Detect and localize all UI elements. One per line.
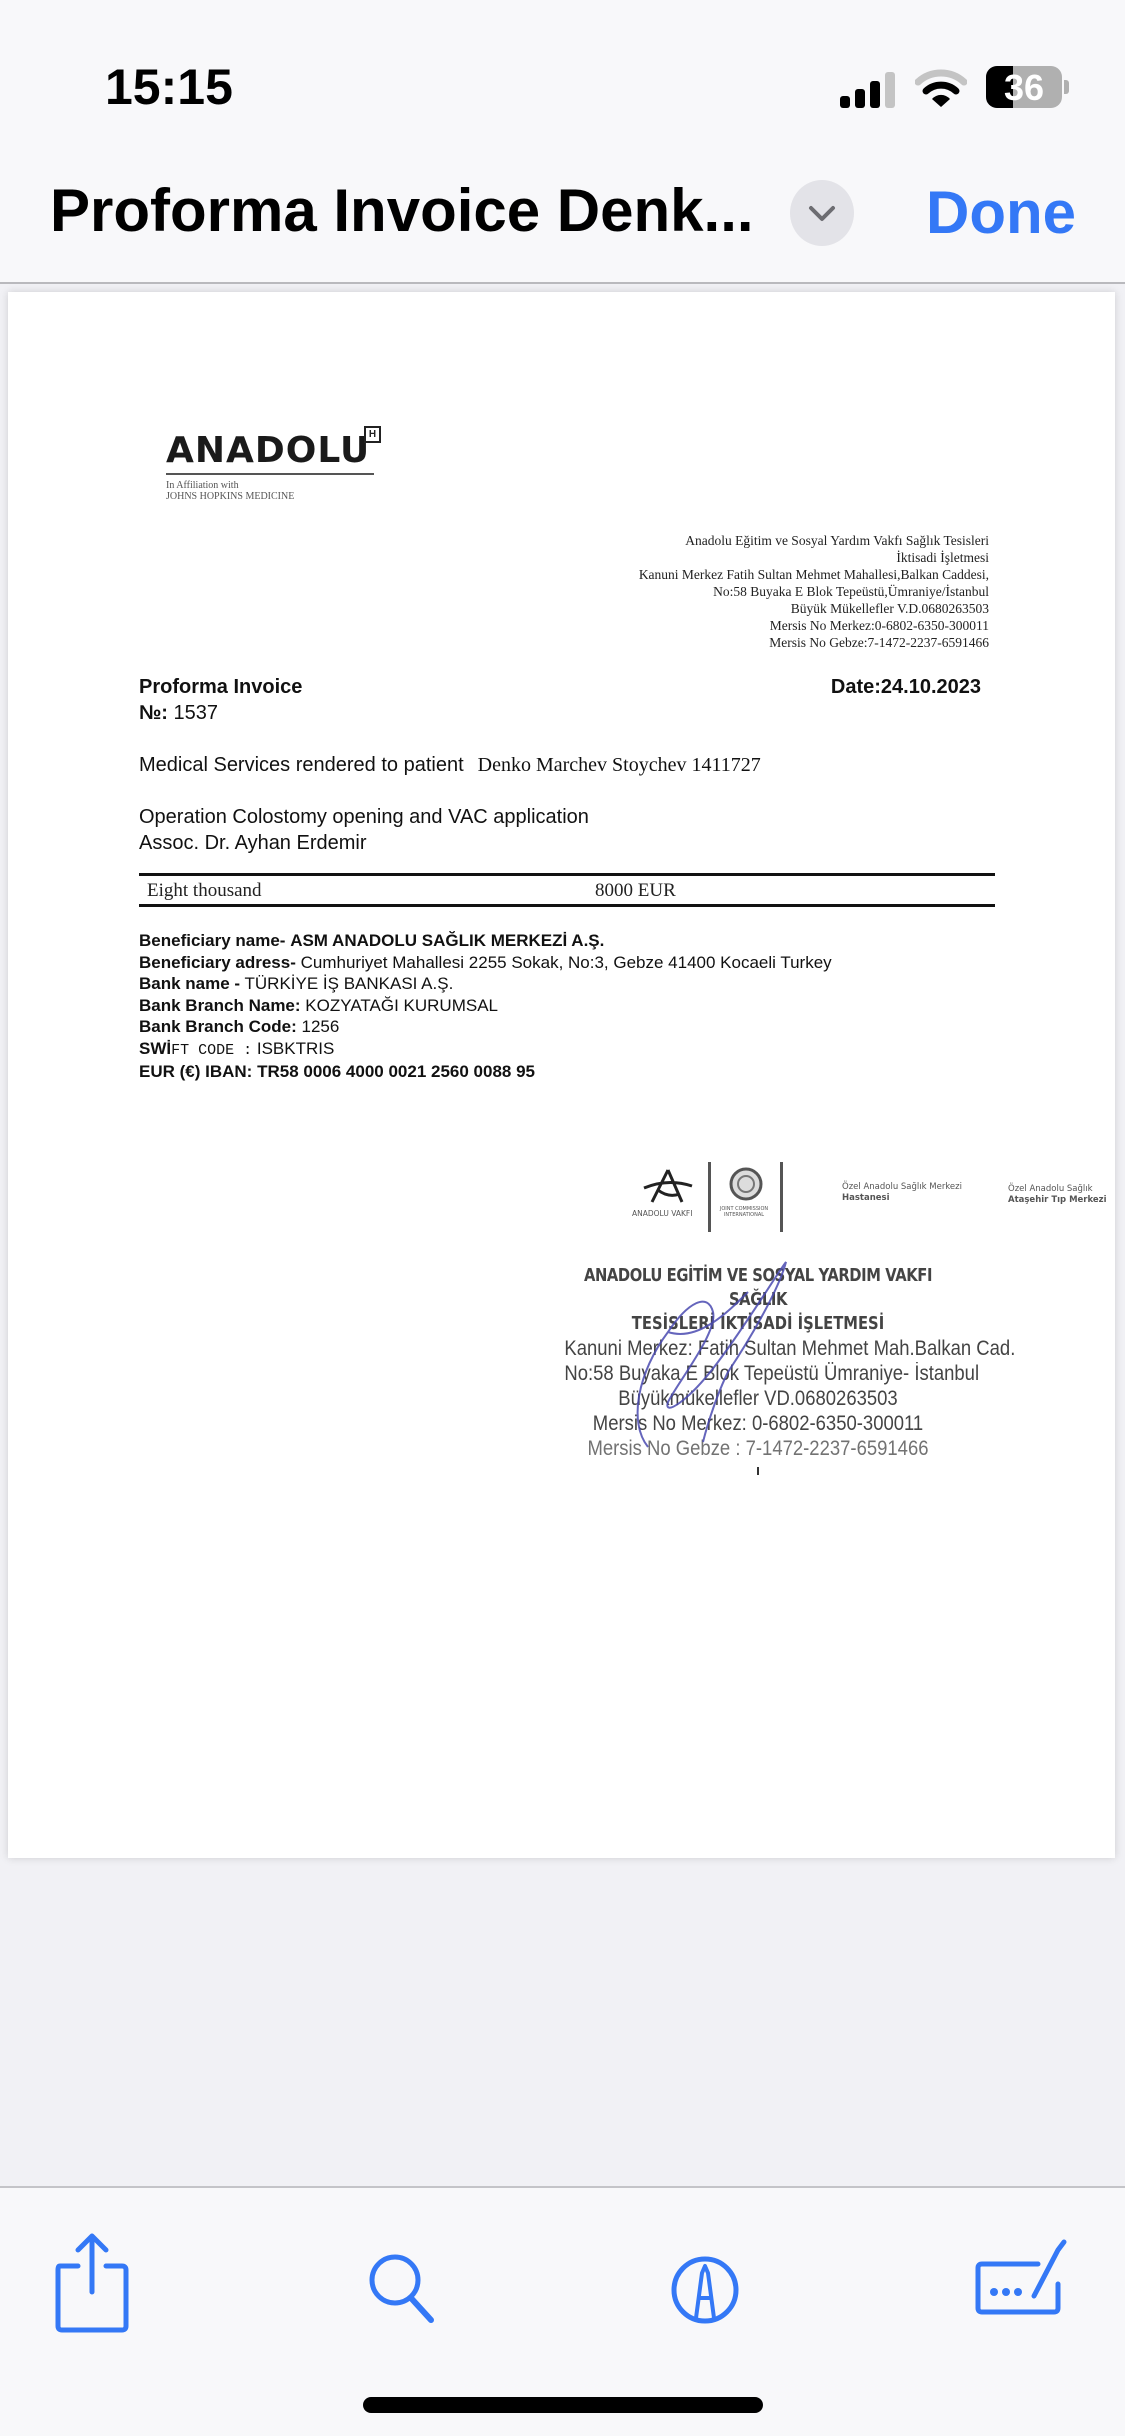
logo-affiliation-2: JOHNS HOPKINS MEDICINE: [166, 491, 374, 502]
vakif-label: ANADOLU VAKFI: [632, 1208, 692, 1219]
field-label: Bank Branch Name:: [139, 996, 301, 1015]
branch-code-row: Bank Branch Code: 1256: [139, 1016, 832, 1038]
document-viewer[interactable]: ANADOLU H In Affiliation with JOHNS HOPK…: [0, 284, 1125, 2184]
wifi-icon: [915, 68, 967, 108]
markup-pen-icon: [660, 2228, 750, 2338]
beneficiary-address-row: Beneficiary adress- Cumhuriyet Mahallesi…: [139, 952, 832, 974]
nav-bar: Proforma Invoice Denk... Done: [0, 150, 1125, 284]
divider: [708, 1162, 711, 1232]
patient-label: Medical Services rendered to patient: [139, 754, 464, 776]
invoice-number-value: 1537: [174, 702, 219, 724]
iban-row: EUR (€) IBAN: TR58 0006 4000 0021 2560 0…: [139, 1061, 832, 1083]
field-label: FT CODE :: [171, 1042, 252, 1059]
stamp-logo-strip: ANADOLU VAKFI JOINT COMMISSION INTERNATI…: [600, 1158, 1115, 1238]
pdf-page: ANADOLU H In Affiliation with JOHNS HOPK…: [8, 292, 1115, 1858]
field-label: Bank name -: [139, 974, 240, 993]
share-button[interactable]: [48, 2228, 138, 2338]
amount-words: Eight thousand: [147, 880, 262, 902]
hospital1-line2: Hastanesi: [842, 1193, 890, 1204]
invoice-title: Proforma Invoice: [139, 676, 302, 699]
fill-and-sign-icon: [970, 2228, 1080, 2338]
field-label: Beneficiary adress-: [139, 953, 296, 972]
address-line: Anadolu Eğitim ve Sosyal Yardım Vakfı Sa…: [639, 532, 989, 549]
doctor-name: Assoc. Dr. Ayhan Erdemir: [139, 832, 367, 855]
field-label: Bank Branch Code:: [139, 1017, 297, 1036]
logo-h-badge: H: [364, 426, 381, 443]
iban: TR58 0006 4000 0021 2560 0088 95: [257, 1062, 535, 1081]
address-line: Kanuni Merkez Fatih Sultan Mehmet Mahall…: [639, 566, 989, 583]
logo-affiliation-1: In Affiliation with: [166, 480, 374, 491]
bank-details: Beneficiary name- ASM ANADOLU SAĞLIK MER…: [139, 930, 832, 1083]
document-title[interactable]: Proforma Invoice Denk...: [50, 176, 754, 245]
jci-label: JOINT COMMISSION INTERNATIONAL: [714, 1206, 774, 1218]
branch-code: 1256: [301, 1017, 339, 1036]
patient-line: Medical Services rendered to patientDenk…: [139, 754, 761, 777]
search-button[interactable]: [355, 2228, 445, 2338]
logo-wordmark: ANADOLU: [166, 430, 374, 471]
beneficiary-address: Cumhuriyet Mahallesi 2255 Sokak, No:3, G…: [301, 953, 832, 972]
title-menu-button[interactable]: [790, 180, 854, 246]
branch-name-row: Bank Branch Name: KOZYATAĞI KURUMSAL: [139, 995, 832, 1017]
swift-code: ISBKTRIS: [257, 1039, 334, 1058]
done-button[interactable]: Done: [926, 178, 1076, 247]
field-label: Beneficiary name-: [139, 931, 285, 950]
amount-value: 8000 EUR: [595, 880, 676, 902]
anadolu-vakfi-logo-icon: [638, 1168, 698, 1204]
markup-button[interactable]: [660, 2228, 750, 2338]
beneficiary-name: ASM ANADOLU SAĞLIK MERKEZİ A.Ş.: [290, 931, 604, 950]
cellular-signal-icon: [840, 72, 896, 108]
beneficiary-name-row: Beneficiary name- ASM ANADOLU SAĞLIK MER…: [139, 930, 832, 952]
invoice-date: Date:24.10.2023: [831, 676, 981, 699]
swift-row: SWİFT CODE : ISBKTRIS: [139, 1038, 832, 1062]
patient-name: Denko Marchev Stoychev 1411727: [478, 754, 761, 776]
invoice-number: №: 1537: [139, 702, 218, 725]
stamp-tick: [757, 1467, 759, 1475]
branch-name: KOZYATAĞI KURUMSAL: [305, 996, 498, 1015]
address-line: No:58 Buyaka E Blok Tepeüstü,Ümraniye/İs…: [639, 583, 989, 600]
bank-name: TÜRKİYE İŞ BANKASI A.Ş.: [245, 974, 454, 993]
company-address: Anadolu Eğitim ve Sosyal Yardım Vakfı Sa…: [639, 532, 989, 651]
search-icon: [355, 2228, 445, 2338]
anadolu-logo: ANADOLU H In Affiliation with JOHNS HOPK…: [166, 430, 374, 502]
chevron-down-icon: [808, 200, 836, 226]
operation-description: Operation Colostomy opening and VAC appl…: [139, 806, 589, 829]
invoice-number-label: №:: [139, 702, 168, 724]
hospital2-line2: Ataşehir Tıp Merkezi: [1008, 1195, 1107, 1206]
field-label: SWİ: [139, 1039, 171, 1058]
address-line: Mersis No Merkez:0-6802-6350-300011: [639, 617, 989, 634]
logo-rule: [166, 473, 374, 475]
jci-seal-icon: [728, 1166, 764, 1202]
status-time: 15:15: [105, 58, 233, 116]
battery-percent: 36: [986, 67, 1062, 108]
divider: [780, 1162, 783, 1232]
battery-nub: [1064, 80, 1069, 94]
hospital1-line1: Özel Anadolu Sağlık Merkezi: [842, 1182, 962, 1193]
handwritten-signature: [608, 1252, 808, 1452]
bank-name-row: Bank name - TÜRKİYE İŞ BANKASI A.Ş.: [139, 973, 832, 995]
address-line: İktisadi İşletmesi: [639, 549, 989, 566]
hospital2-line1: Özel Anadolu Sağlık: [1008, 1184, 1093, 1195]
share-icon: [48, 2228, 138, 2338]
home-indicator[interactable]: [363, 2397, 763, 2413]
field-label: EUR (€) IBAN:: [139, 1062, 252, 1081]
amount-row: Eight thousand 8000 EUR: [139, 873, 995, 907]
address-line: Büyük Mükellefler V.D.0680263503: [639, 600, 989, 617]
status-bar: 15:15 36: [0, 0, 1125, 150]
fill-and-sign-button[interactable]: [970, 2228, 1080, 2338]
battery-icon: 36: [986, 66, 1062, 108]
address-line: Mersis No Gebze:7-1472-2237-6591466: [639, 634, 989, 651]
